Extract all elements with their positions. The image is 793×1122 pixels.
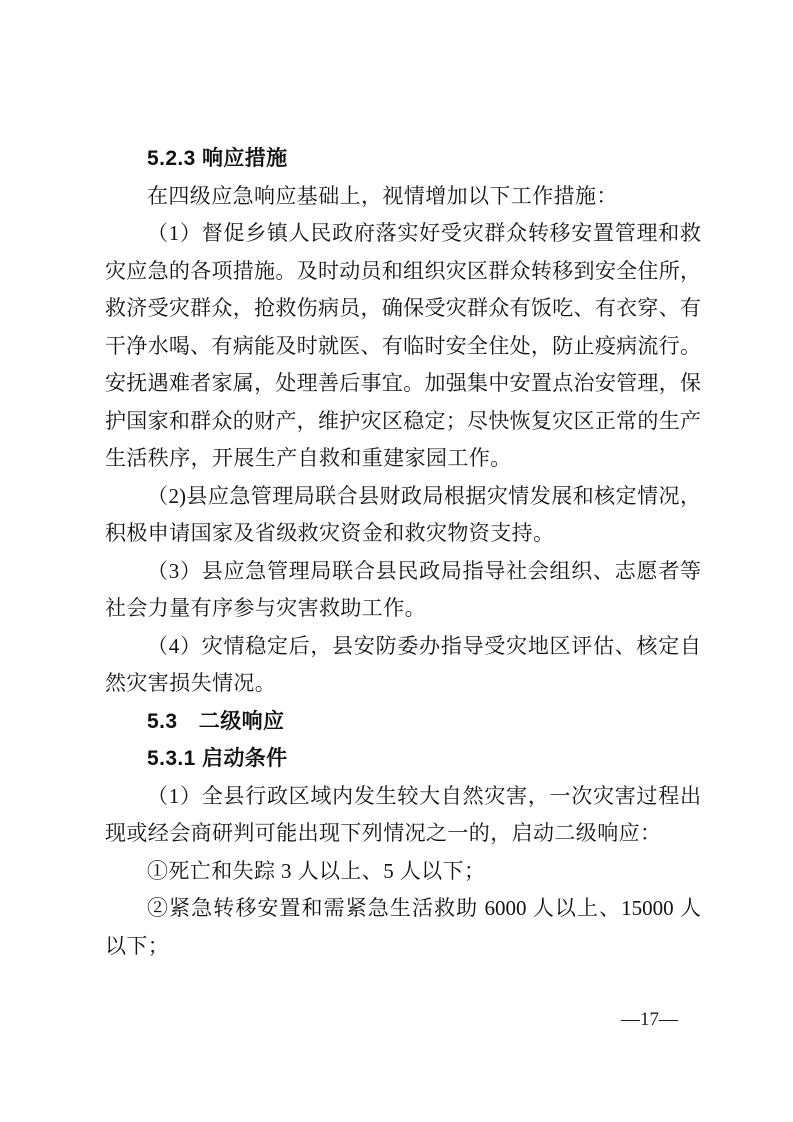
body-text-line: （3）县应急管理局联合县民政局指导社会组织、志愿者等 — [105, 553, 701, 591]
body-text-line: 安抚遇难者家属，处理善后事宜。加强集中安置点治安管理，保 — [105, 365, 701, 403]
heading-line: 5.3 二级响应 — [105, 703, 701, 741]
body-text-line: 社会力量有序参与灾害救助工作。 — [105, 590, 701, 628]
body-text-line: 护国家和群众的财产，维护灾区稳定；尽快恢复灾区正常的生产 — [105, 403, 701, 441]
body-text-line: （1）全县行政区域内发生较大自然灾害，一次灾害过程出 — [105, 778, 701, 816]
body-text-line: 积极申请国家及省级救灾资金和救灾物资支持。 — [105, 515, 701, 553]
heading-line: 5.2.3 响应措施 — [105, 140, 701, 178]
body-text-line: （4）灾情稳定后，县安防委办指导受灾地区评估、核定自 — [105, 628, 701, 666]
body-text-line: 干净水喝、有病能及时就医、有临时安全住处，防止疫病流行。 — [105, 328, 701, 366]
body-text-line: ①死亡和失踪 3 人以上、5 人以下； — [105, 853, 701, 891]
body-text-line: （1）督促乡镇人民政府落实好受灾群众转移安置管理和救 — [105, 215, 701, 253]
page-number: —17— — [621, 1006, 678, 1034]
body-text-line: 然灾害损失情况。 — [105, 665, 701, 703]
body-text-line: 在四级应急响应基础上，视情增加以下工作措施： — [105, 178, 701, 216]
document-body: 5.2.3 响应措施在四级应急响应基础上，视情增加以下工作措施：（1）督促乡镇人… — [105, 140, 701, 965]
body-text-line: 生活秩序，开展生产自救和重建家园工作。 — [105, 440, 701, 478]
body-text-line: ②紧急转移安置和需紧急生活救助 6000 人以上、15000 人 — [105, 890, 701, 928]
document-page: 5.2.3 响应措施在四级应急响应基础上，视情增加以下工作措施：（1）督促乡镇人… — [0, 0, 793, 1122]
heading-line: 5.3.1 启动条件 — [105, 740, 701, 778]
body-text-line: （2)县应急管理局联合县财政局根据灾情发展和核定情况， — [105, 478, 701, 516]
body-text-line: 救济受灾群众，抢救伤病员，确保受灾群众有饭吃、有衣穿、有 — [105, 290, 701, 328]
body-text-line: 现或经会商研判可能出现下列情况之一的，启动二级响应： — [105, 815, 701, 853]
body-text-line: 灾应急的各项措施。及时动员和组织灾区群众转移到安全住所， — [105, 253, 701, 291]
body-text-line: 以下； — [105, 928, 701, 966]
